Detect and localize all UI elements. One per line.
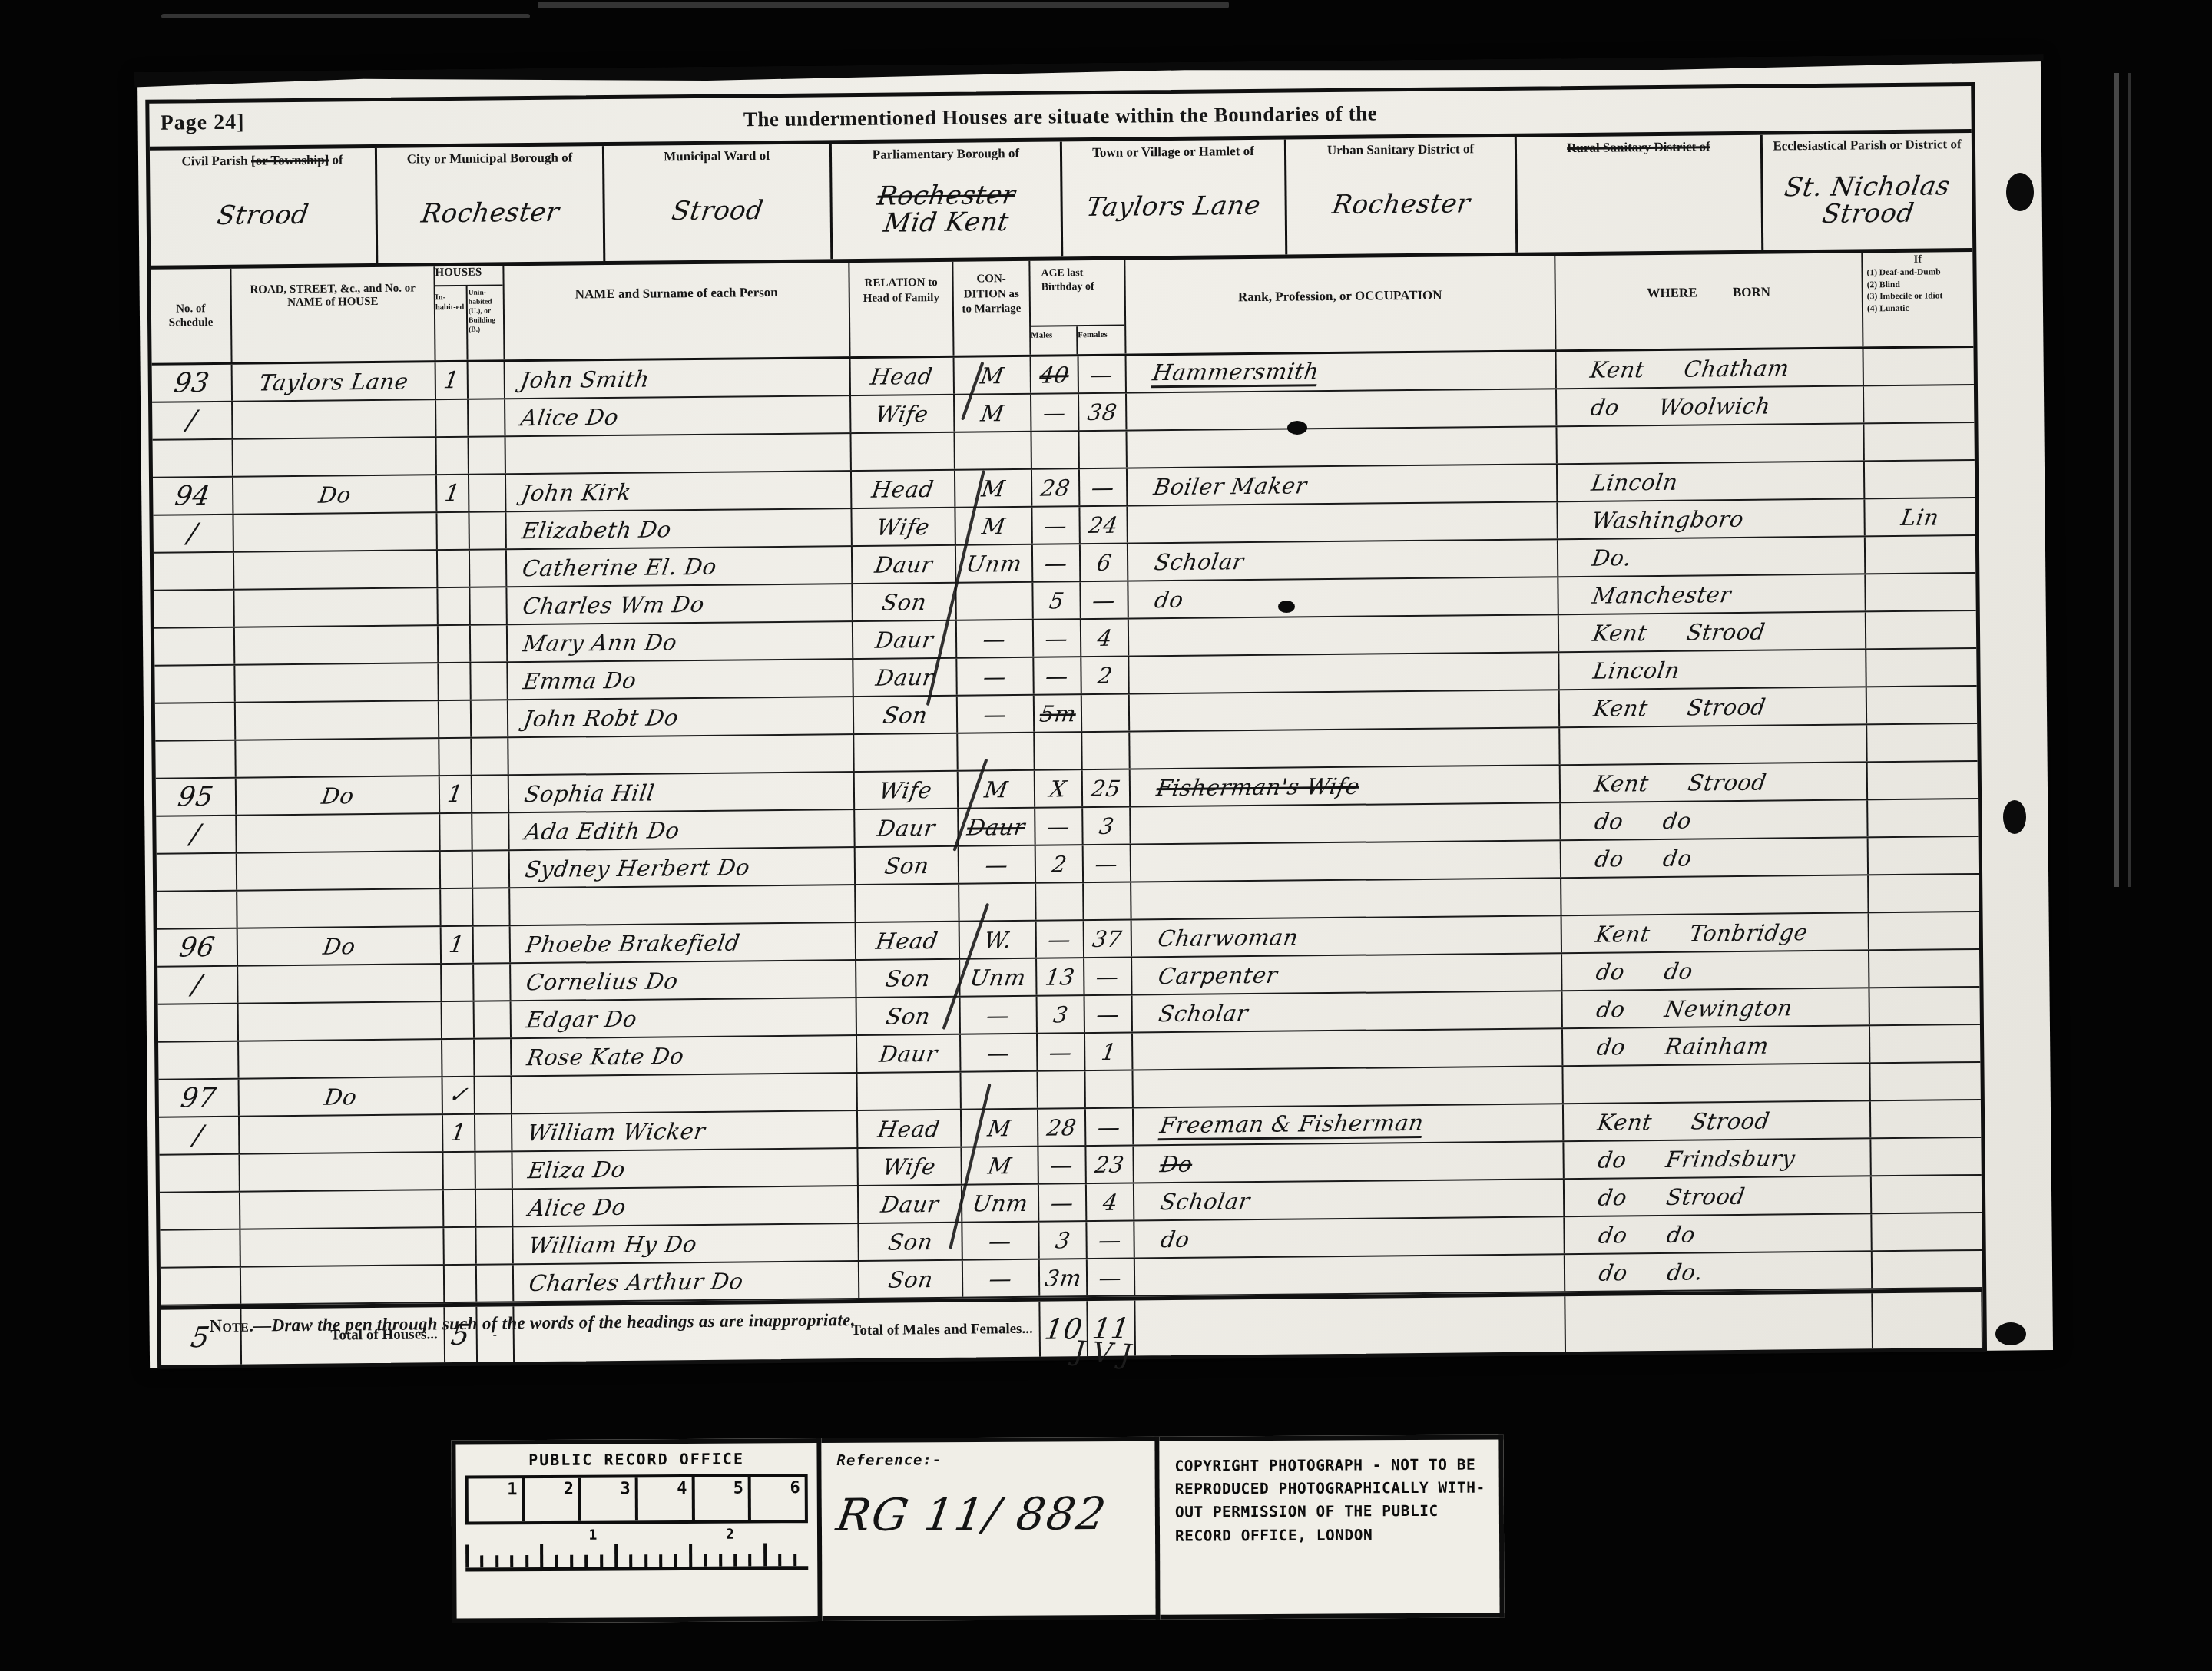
cell-f: [1084, 883, 1131, 920]
cell-road: [239, 1040, 442, 1078]
disability-item: (2) Blind: [1867, 279, 1969, 292]
cell-rel: Son: [853, 584, 956, 620]
cell-f: 24: [1080, 507, 1128, 544]
cell-m: [1038, 1071, 1085, 1108]
cell-rel: Head: [856, 922, 960, 959]
cell-cond: —: [958, 696, 1035, 733]
cell-road: Do: [237, 776, 440, 815]
cell-road: [240, 1228, 444, 1266]
cell-occ: [1131, 879, 1561, 918]
cell-cond: [955, 432, 1031, 469]
cell-rel: Son: [856, 960, 960, 997]
cell-uninh: [471, 663, 508, 699]
cell-rel: Wife: [855, 772, 959, 809]
cell-road: [233, 400, 436, 438]
cell-uninh: [471, 625, 508, 661]
cell-s: 97: [159, 1080, 240, 1117]
cell-m: 2: [1036, 845, 1084, 882]
reference-value: RG 11/ 882: [833, 1487, 1111, 1541]
cell-s: /: [156, 816, 237, 853]
cell-s: 95: [156, 779, 237, 816]
ruler-number: 4: [638, 1477, 695, 1520]
scanned-census-image: Page 24] The undermentioned Houses are s…: [0, 0, 2212, 1671]
disability-item: (3) Imbecile or Idiot: [1867, 290, 1969, 303]
cell-name: [506, 434, 852, 473]
district-label: Municipal Ward of: [604, 144, 829, 164]
district-label: City or Municipal Borough of: [377, 146, 602, 167]
scan-fold-line: [2114, 73, 2119, 887]
cell-m: —: [1035, 808, 1083, 845]
cell-uninh: [476, 1190, 513, 1226]
cell-s: 93: [152, 365, 233, 402]
col-header-where-born: WHERE BORN: [1555, 253, 1863, 349]
page-title: The undermentioned Houses are situate wi…: [149, 96, 1971, 137]
cell-inh: [442, 1040, 475, 1076]
cell-occ: [1129, 615, 1559, 655]
cell-rel: [856, 885, 959, 922]
cell-rel: Wife: [852, 508, 955, 545]
table-body: 93Taylors Lane1John SmithHeadM40—Hammers…: [152, 348, 1983, 1306]
cell-cond: —: [962, 1223, 1039, 1259]
cell-uninh: [472, 813, 509, 849]
cell-rel: Wife: [858, 1148, 962, 1185]
district-box: Parliamentary Borough ofRochesterMid Ken…: [832, 141, 1063, 259]
cell-f: [1079, 432, 1127, 468]
cell-name: Phoebe Brakefield: [511, 923, 856, 962]
cell-road: [238, 965, 442, 1003]
ruler-number: 1: [469, 1478, 525, 1521]
cell-s: /: [159, 1117, 240, 1154]
cell-name: William Wicker: [512, 1111, 858, 1150]
cell-s: /: [157, 967, 238, 1004]
cell-f: —: [1087, 1222, 1134, 1259]
cell-born: [1563, 1064, 1870, 1103]
cell-rel: Wife: [851, 395, 955, 432]
cell-inh: 1: [442, 927, 474, 963]
cell-m: 3: [1038, 996, 1085, 1033]
cell-born: do Frindsbury: [1564, 1139, 1871, 1178]
cell-f: —: [1081, 582, 1128, 619]
col-header-name: NAME and Surname of each Person: [504, 263, 850, 359]
cell-name: Ada Edith Do: [509, 810, 855, 849]
col-header-disability: If (1) Deaf-and-Dumb(2) Blind(3) Imbecil…: [1863, 252, 1973, 346]
cell-inh: [439, 663, 471, 700]
cell-uninh: [472, 700, 508, 736]
cell-f: 25: [1083, 770, 1131, 807]
cell-inh: [440, 814, 472, 850]
cell-dis: [1867, 687, 1977, 723]
cell-uninh: [476, 1227, 513, 1263]
cell-m: —: [1033, 544, 1081, 581]
table-header: No. of Schedule ROAD, STREET, &c., and N…: [151, 252, 1973, 366]
cell-occ: [1131, 841, 1561, 881]
cell-cond: Unm: [962, 1185, 1039, 1222]
ruler-number: 2: [525, 1478, 581, 1521]
cell-dis: [1869, 912, 1979, 949]
cell-occ: Carpenter: [1132, 954, 1562, 994]
cell-inh: [439, 701, 472, 737]
cell-s: [160, 1193, 240, 1229]
cell-uninh: [470, 550, 507, 586]
cell-born: do do: [1565, 1214, 1872, 1253]
cell-cond: —: [959, 846, 1036, 883]
cell-name: Charles Arthur Do: [514, 1262, 859, 1301]
cell-inh: [439, 626, 471, 662]
cell-cond: M: [962, 1110, 1038, 1147]
cell-road: [241, 1266, 445, 1304]
cell-name: Rose Kate Do: [512, 1036, 857, 1075]
cell-born: Do.: [1558, 537, 1866, 576]
cell-uninh: [469, 475, 506, 511]
cell-uninh: [473, 851, 510, 887]
cell-born: do Strood: [1565, 1176, 1872, 1216]
stamp-office-name: PUBLIC RECORD OFFICE: [455, 1443, 816, 1469]
ruler-scale: 123456: [465, 1474, 808, 1524]
cell-inh: 1: [437, 475, 469, 511]
ink-blot: [1287, 421, 1307, 435]
scan-fold-line: [2128, 73, 2131, 887]
cell-s: /: [153, 515, 233, 552]
cell-m: 28: [1032, 469, 1080, 506]
cell-occ: do: [1134, 1217, 1565, 1257]
cell-dis: [1871, 1138, 1981, 1175]
district-box: Municipal Ward ofStrood: [604, 144, 833, 261]
cell-road: Do: [238, 927, 442, 965]
cell-road: [240, 1115, 443, 1153]
cell-rel: Head: [858, 1110, 962, 1147]
cell-m: —: [1034, 620, 1081, 657]
cell-uninh: [473, 888, 510, 925]
cell-f: 3: [1083, 808, 1131, 845]
cell-s: /: [152, 402, 233, 439]
cell-dis: [1864, 423, 1974, 460]
disability-item: (1) Deaf-and-Dumb: [1866, 266, 1969, 280]
col-header-road: ROAD, STREET, &c., and No. or NAME of HO…: [231, 266, 435, 362]
cell-cond: [959, 884, 1036, 921]
cell-rel: Son: [856, 847, 959, 884]
cell-m: 3: [1039, 1222, 1087, 1259]
cell-road: [237, 889, 441, 928]
cell-dis: [1869, 988, 1979, 1024]
col-header-relation: RELATION to Head of Family: [849, 262, 954, 356]
cell-dis: [1870, 1063, 1980, 1100]
cell-dis: [1872, 1213, 1982, 1250]
col-header-houses: HOUSES In-habit-ed Unin-habited (U.), or…: [435, 266, 505, 360]
cell-f: —: [1084, 958, 1132, 995]
cell-uninh: [475, 1077, 512, 1113]
cell-m: —: [1039, 1184, 1087, 1221]
cell-rel: [851, 433, 955, 470]
cell-occ: Scholar: [1133, 991, 1563, 1031]
cell-occ: Freeman & Fisherman: [1134, 1104, 1564, 1144]
reference-label: Reference:-: [836, 1451, 1139, 1469]
cell-inh: [441, 852, 473, 888]
cell-uninh: [470, 587, 507, 624]
cell-inh: [441, 889, 473, 925]
cell-s: [154, 553, 234, 590]
cell-uninh: [472, 776, 509, 812]
cell-rel: Daur: [859, 1186, 962, 1223]
census-form: Page 24] The undermentioned Houses are s…: [145, 82, 1987, 1369]
cell-occ: [1127, 427, 1557, 467]
cell-name: Catherine El. Do: [507, 547, 853, 586]
cell-s: [159, 1155, 240, 1192]
cell-dis: [1869, 950, 1979, 987]
cell-born: Manchester: [1558, 574, 1866, 614]
ruler-ticks: 12: [465, 1526, 808, 1571]
cell-m: 3m: [1040, 1259, 1088, 1296]
cell-dis: [1866, 536, 1975, 573]
cell-uninh: [469, 399, 505, 435]
cell-f: 1: [1085, 1034, 1133, 1070]
cell-born: do Rainham: [1563, 1026, 1870, 1065]
district-value: Strood: [215, 202, 310, 230]
cell-m: —: [1038, 1147, 1086, 1183]
cell-uninh: [474, 964, 511, 1000]
district-label: Town or Village or Hamlet of: [1062, 140, 1284, 160]
ink-blot: [2003, 800, 2026, 834]
public-record-office-stamp: PUBLIC RECORD OFFICE 123456 12 Reference…: [451, 1434, 1504, 1623]
cell-occ: Scholar: [1128, 540, 1558, 580]
cell-rel: Son: [854, 697, 958, 733]
cell-s: [155, 703, 236, 740]
cell-born: [1561, 875, 1869, 915]
ruler-number: 6: [751, 1477, 805, 1520]
district-label: Rural Sanitary District of: [1517, 135, 1760, 157]
cell-born: do do.: [1565, 1252, 1873, 1291]
cell-occ: [1129, 653, 1559, 693]
cell-born: do do: [1562, 951, 1869, 990]
cell-occ: [1131, 803, 1561, 843]
cell-occ: Boiler Maker: [1128, 465, 1558, 505]
cell-inh: [444, 1190, 476, 1226]
cell-s: [157, 854, 237, 891]
cell-dis: [1869, 837, 1979, 874]
col-header-age: AGE last Birthday of Males Females: [1030, 260, 1126, 355]
cell-f: —: [1085, 996, 1133, 1033]
cell-born: Kent Strood: [1561, 763, 1868, 802]
cell-born: Kent Strood: [1559, 612, 1866, 651]
cell-road: [235, 626, 439, 664]
district-value: Rochester: [1330, 191, 1472, 220]
cell-uninh: [475, 1114, 512, 1150]
district-header-row: Civil Parish [or Township] ofStroodCity …: [150, 133, 1972, 270]
cell-uninh: [469, 512, 506, 548]
cell-m: —: [1032, 507, 1080, 544]
cell-name: Charles Wm Do: [507, 584, 853, 624]
cell-road: [239, 1002, 442, 1041]
cell-cond: [958, 733, 1035, 770]
cell-f: [1082, 695, 1130, 732]
ink-blot: [2006, 173, 2034, 211]
col-header-males: Males: [1031, 326, 1078, 355]
cell-f: [1082, 733, 1130, 769]
cell-cond: Unm: [960, 959, 1037, 996]
district-value: Strood: [1820, 200, 1916, 229]
stamp-ruler-box: PUBLIC RECORD OFFICE 123456 12: [451, 1438, 822, 1623]
cell-road: [236, 739, 439, 777]
cell-m: [1035, 733, 1082, 769]
cell-born: do Newington: [1563, 988, 1870, 1027]
cell-name: Edgar Do: [512, 998, 857, 1037]
cell-cond: M: [955, 357, 1031, 394]
cell-occ: [1127, 389, 1557, 429]
cell-occ: Fisherman's Wife: [1131, 766, 1561, 806]
cell-uninh: [469, 362, 505, 398]
cell-name: [508, 735, 854, 774]
district-label: Urban Sanitary District of: [1286, 137, 1515, 158]
cell-rel: Head: [851, 358, 955, 395]
cell-occ: [1128, 502, 1558, 542]
cell-dis: [1863, 348, 1973, 385]
cell-born: do Woolwich: [1557, 386, 1864, 425]
cell-inh: [438, 551, 470, 587]
cell-inh: ✓: [443, 1077, 475, 1113]
cell-born: Washingboro: [1558, 499, 1865, 538]
cell-occ: Charwoman: [1132, 916, 1562, 956]
copyright-text-line: RECORD OFFICE, LONDON: [1175, 1523, 1484, 1547]
ink-blot: [1278, 601, 1295, 613]
cell-road: [237, 814, 440, 852]
district-value: St. Nicholas: [1783, 173, 1952, 202]
cell-occ: Hammersmith: [1127, 352, 1557, 392]
cell-m: —: [1037, 921, 1084, 958]
cell-born: [1560, 725, 1867, 764]
cell-road: [235, 663, 439, 702]
district-box: Urban Sanitary District ofRochester: [1286, 137, 1518, 255]
cell-occ: [1130, 728, 1560, 768]
cell-uninh: [474, 926, 511, 962]
cell-s: 94: [153, 478, 233, 515]
cell-cond: Unm: [956, 545, 1033, 582]
cell-name: John Robt Do: [508, 697, 854, 736]
cell-s: [154, 628, 235, 665]
district-box: Town or Village or Hamlet ofTaylors Lane: [1062, 140, 1287, 257]
cell-uninh: [472, 738, 508, 774]
cell-uninh: [475, 1152, 512, 1188]
cell-cond: —: [961, 997, 1038, 1034]
cell-born: do do: [1561, 838, 1869, 877]
scan-noise-streak: [538, 2, 1229, 8]
cell-f: 2: [1081, 657, 1129, 694]
cell-inh: [436, 400, 469, 436]
cell-cond: [961, 1072, 1038, 1109]
cell-born: [1557, 424, 1864, 463]
district-label: Civil Parish [or Township] of: [150, 148, 375, 169]
cell-inh: [437, 438, 469, 474]
ink-blot: [1995, 1322, 2026, 1345]
cell-f: [1085, 1071, 1133, 1108]
cell-rel: Son: [859, 1261, 963, 1298]
cell-inh: [443, 1153, 475, 1189]
cell-born: Kent Strood: [1564, 1101, 1871, 1140]
district-box: Ecclesiastical Parish or District ofSt. …: [1763, 133, 1972, 250]
cell-m: [1036, 883, 1084, 920]
cell-uninh: [475, 1001, 512, 1037]
district-box: Rural Sanitary District of: [1517, 135, 1763, 253]
cell-s: [157, 892, 237, 928]
cell-born: do do: [1561, 800, 1868, 839]
cell-rel: Daur: [853, 546, 956, 583]
cell-s: 96: [157, 929, 238, 966]
cell-inh: [442, 1002, 475, 1038]
cell-m: X: [1035, 770, 1083, 807]
cell-road: Do: [233, 475, 437, 514]
disability-item: (4) Lunatic: [1867, 303, 1969, 316]
ruler-lower-number: 1: [589, 1527, 598, 1544]
cell-f: 4: [1081, 620, 1129, 657]
cell-dis: [1867, 724, 1977, 761]
ruler-number: 5: [694, 1477, 751, 1520]
cell-dis: [1866, 649, 1976, 686]
cell-f: —: [1088, 1259, 1135, 1296]
cell-rel: [854, 734, 958, 771]
cell-uninh: [469, 437, 506, 473]
col-header-condition: CON-DITION as to Marriage: [953, 261, 1031, 356]
cell-uninh: [477, 1265, 514, 1301]
cell-dis: [1871, 1100, 1981, 1137]
cell-born: Kent Tonbridge: [1562, 913, 1869, 952]
cell-rel: Daur: [855, 809, 959, 846]
cell-name: Elizabeth Do: [506, 509, 852, 548]
cell-dis: [1869, 875, 1979, 912]
cell-road: Taylors Lane: [233, 362, 436, 401]
cell-road: [233, 513, 437, 551]
cell-m: 5m: [1035, 695, 1082, 732]
district-label: Ecclesiastical Parish or District of: [1763, 133, 1972, 154]
cell-uninh: [475, 1039, 512, 1075]
cell-dis: [1864, 385, 1974, 422]
census-page: Page 24] The undermentioned Houses are s…: [137, 58, 2053, 1368]
cell-s: [160, 1230, 240, 1267]
cell-occ: [1133, 1029, 1563, 1069]
cell-cond: Daur: [959, 809, 1035, 845]
cell-f: 4: [1087, 1184, 1134, 1221]
cell-name: [512, 1074, 858, 1113]
district-box: Civil Parish [or Township] ofStrood: [150, 148, 378, 266]
district-value: Mid Kent: [882, 209, 1011, 237]
cell-road: [240, 1190, 444, 1229]
cell-inh: [438, 588, 470, 624]
cell-f: —: [1086, 1109, 1134, 1146]
cell-m: —: [1031, 394, 1079, 431]
cell-inh: [439, 739, 472, 775]
cell-f: 23: [1086, 1147, 1134, 1183]
copyright-text-line: REPRODUCED PHOTOGRAPHICALLY WITH-: [1175, 1477, 1484, 1501]
cell-born: Lincoln: [1558, 462, 1865, 501]
cell-dis: [1868, 762, 1978, 799]
cell-s: [158, 1004, 239, 1041]
cell-f: —: [1084, 845, 1131, 882]
pen-marks: JVJ: [1073, 1335, 1141, 1372]
district-value: Strood: [670, 198, 765, 227]
cell-m: —: [1038, 1034, 1085, 1070]
cell-inh: 1: [443, 1115, 475, 1151]
cell-name: Sophia Hill: [509, 773, 855, 812]
cell-dis: Lin: [1865, 498, 1975, 535]
cell-f: 6: [1081, 544, 1128, 581]
cell-dis: [1866, 611, 1976, 648]
col-header-uninhabited: Unin-habited (U.), or Building (B.): [468, 286, 504, 359]
cell-inh: 1: [440, 776, 472, 812]
copyright-text-line: OUT PERMISSION OF THE PUBLIC: [1175, 1500, 1484, 1524]
cell-s: [153, 440, 233, 477]
cell-road: [236, 701, 439, 740]
cell-occ: [1133, 1067, 1563, 1107]
ruler-number: 3: [581, 1477, 638, 1520]
cell-dis: [1866, 574, 1975, 610]
cell-inh: [445, 1266, 477, 1302]
